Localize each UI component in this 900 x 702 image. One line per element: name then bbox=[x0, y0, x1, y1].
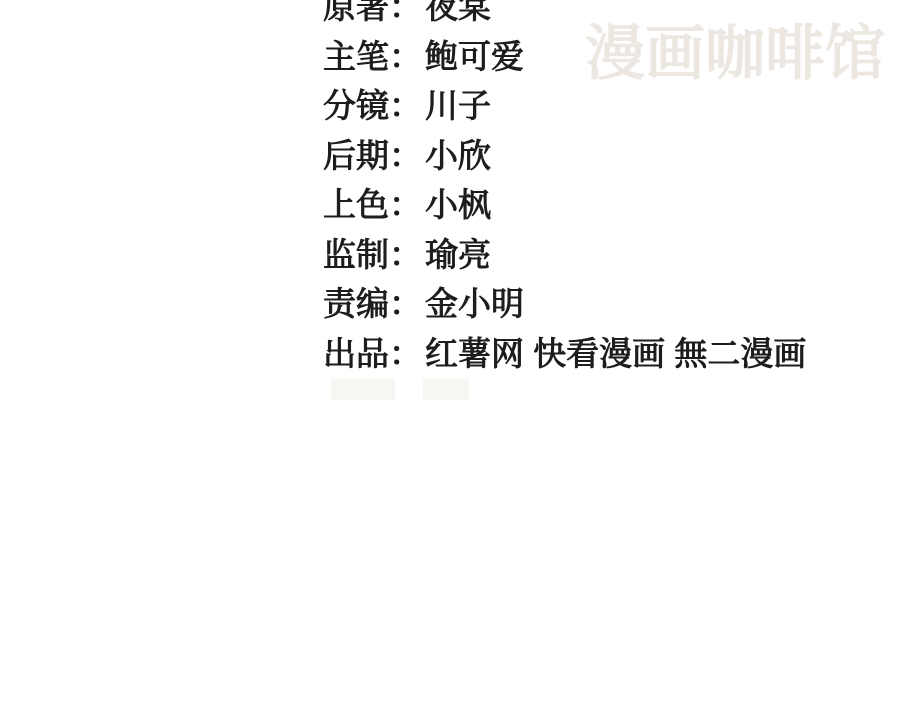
credit-role-label: 责编 bbox=[323, 285, 389, 322]
credit-role-label: 主笔 bbox=[323, 38, 389, 75]
credit-person-name: 夜棠 bbox=[425, 0, 491, 25]
credit-person-name: 小枫 bbox=[425, 186, 491, 223]
credit-separator: ： bbox=[389, 38, 422, 75]
credit-row-coloring: 上色：小枫 bbox=[323, 180, 806, 230]
credit-row-storyboard: 分镜：川子 bbox=[323, 81, 806, 131]
credit-separator: ： bbox=[389, 87, 422, 124]
credit-person-name: 川子 bbox=[425, 87, 491, 124]
credit-row-lead-artist: 主笔：鲍可爱 bbox=[323, 32, 806, 82]
credit-role-label: 后期 bbox=[323, 137, 389, 174]
credit-separator: ： bbox=[389, 186, 422, 223]
credit-person-name: 红薯网 快看漫画 無二漫画 bbox=[425, 335, 806, 372]
credit-separator: ： bbox=[389, 0, 422, 25]
credit-role-label: 上色 bbox=[323, 186, 389, 223]
credit-row-original-author: 原著：夜棠 bbox=[323, 0, 806, 32]
credit-role-label: 监制 bbox=[323, 236, 389, 273]
credit-row-editor: 责编：金小明 bbox=[323, 279, 806, 329]
credit-row-publisher: 出品：红薯网 快看漫画 無二漫画 bbox=[323, 329, 806, 379]
comic-credits-page: 漫画咖啡馆 原著：夜棠 主笔：鲍可爱 分镜：川子 后期：小欣 上色：小枫 监制：… bbox=[0, 0, 900, 702]
credit-person-name: 鲍可爱 bbox=[425, 38, 524, 75]
credits-list: 原著：夜棠 主笔：鲍可爱 分镜：川子 后期：小欣 上色：小枫 监制：瑜亮 责编：… bbox=[323, 0, 806, 378]
credit-person-name: 小欣 bbox=[425, 137, 491, 174]
compression-artifact bbox=[331, 379, 395, 400]
credit-person-name: 金小明 bbox=[425, 285, 524, 322]
compression-artifact bbox=[423, 379, 469, 400]
credit-separator: ： bbox=[389, 137, 422, 174]
credit-row-post-production: 后期：小欣 bbox=[323, 131, 806, 181]
credit-row-supervisor: 监制：瑜亮 bbox=[323, 230, 806, 280]
credit-person-name: 瑜亮 bbox=[425, 236, 491, 273]
credit-role-label: 分镜 bbox=[323, 87, 389, 124]
credit-separator: ： bbox=[389, 335, 422, 372]
credit-separator: ： bbox=[389, 236, 422, 273]
credit-separator: ： bbox=[389, 285, 422, 322]
credit-role-label: 原著 bbox=[323, 0, 389, 25]
credit-role-label: 出品 bbox=[323, 335, 389, 372]
